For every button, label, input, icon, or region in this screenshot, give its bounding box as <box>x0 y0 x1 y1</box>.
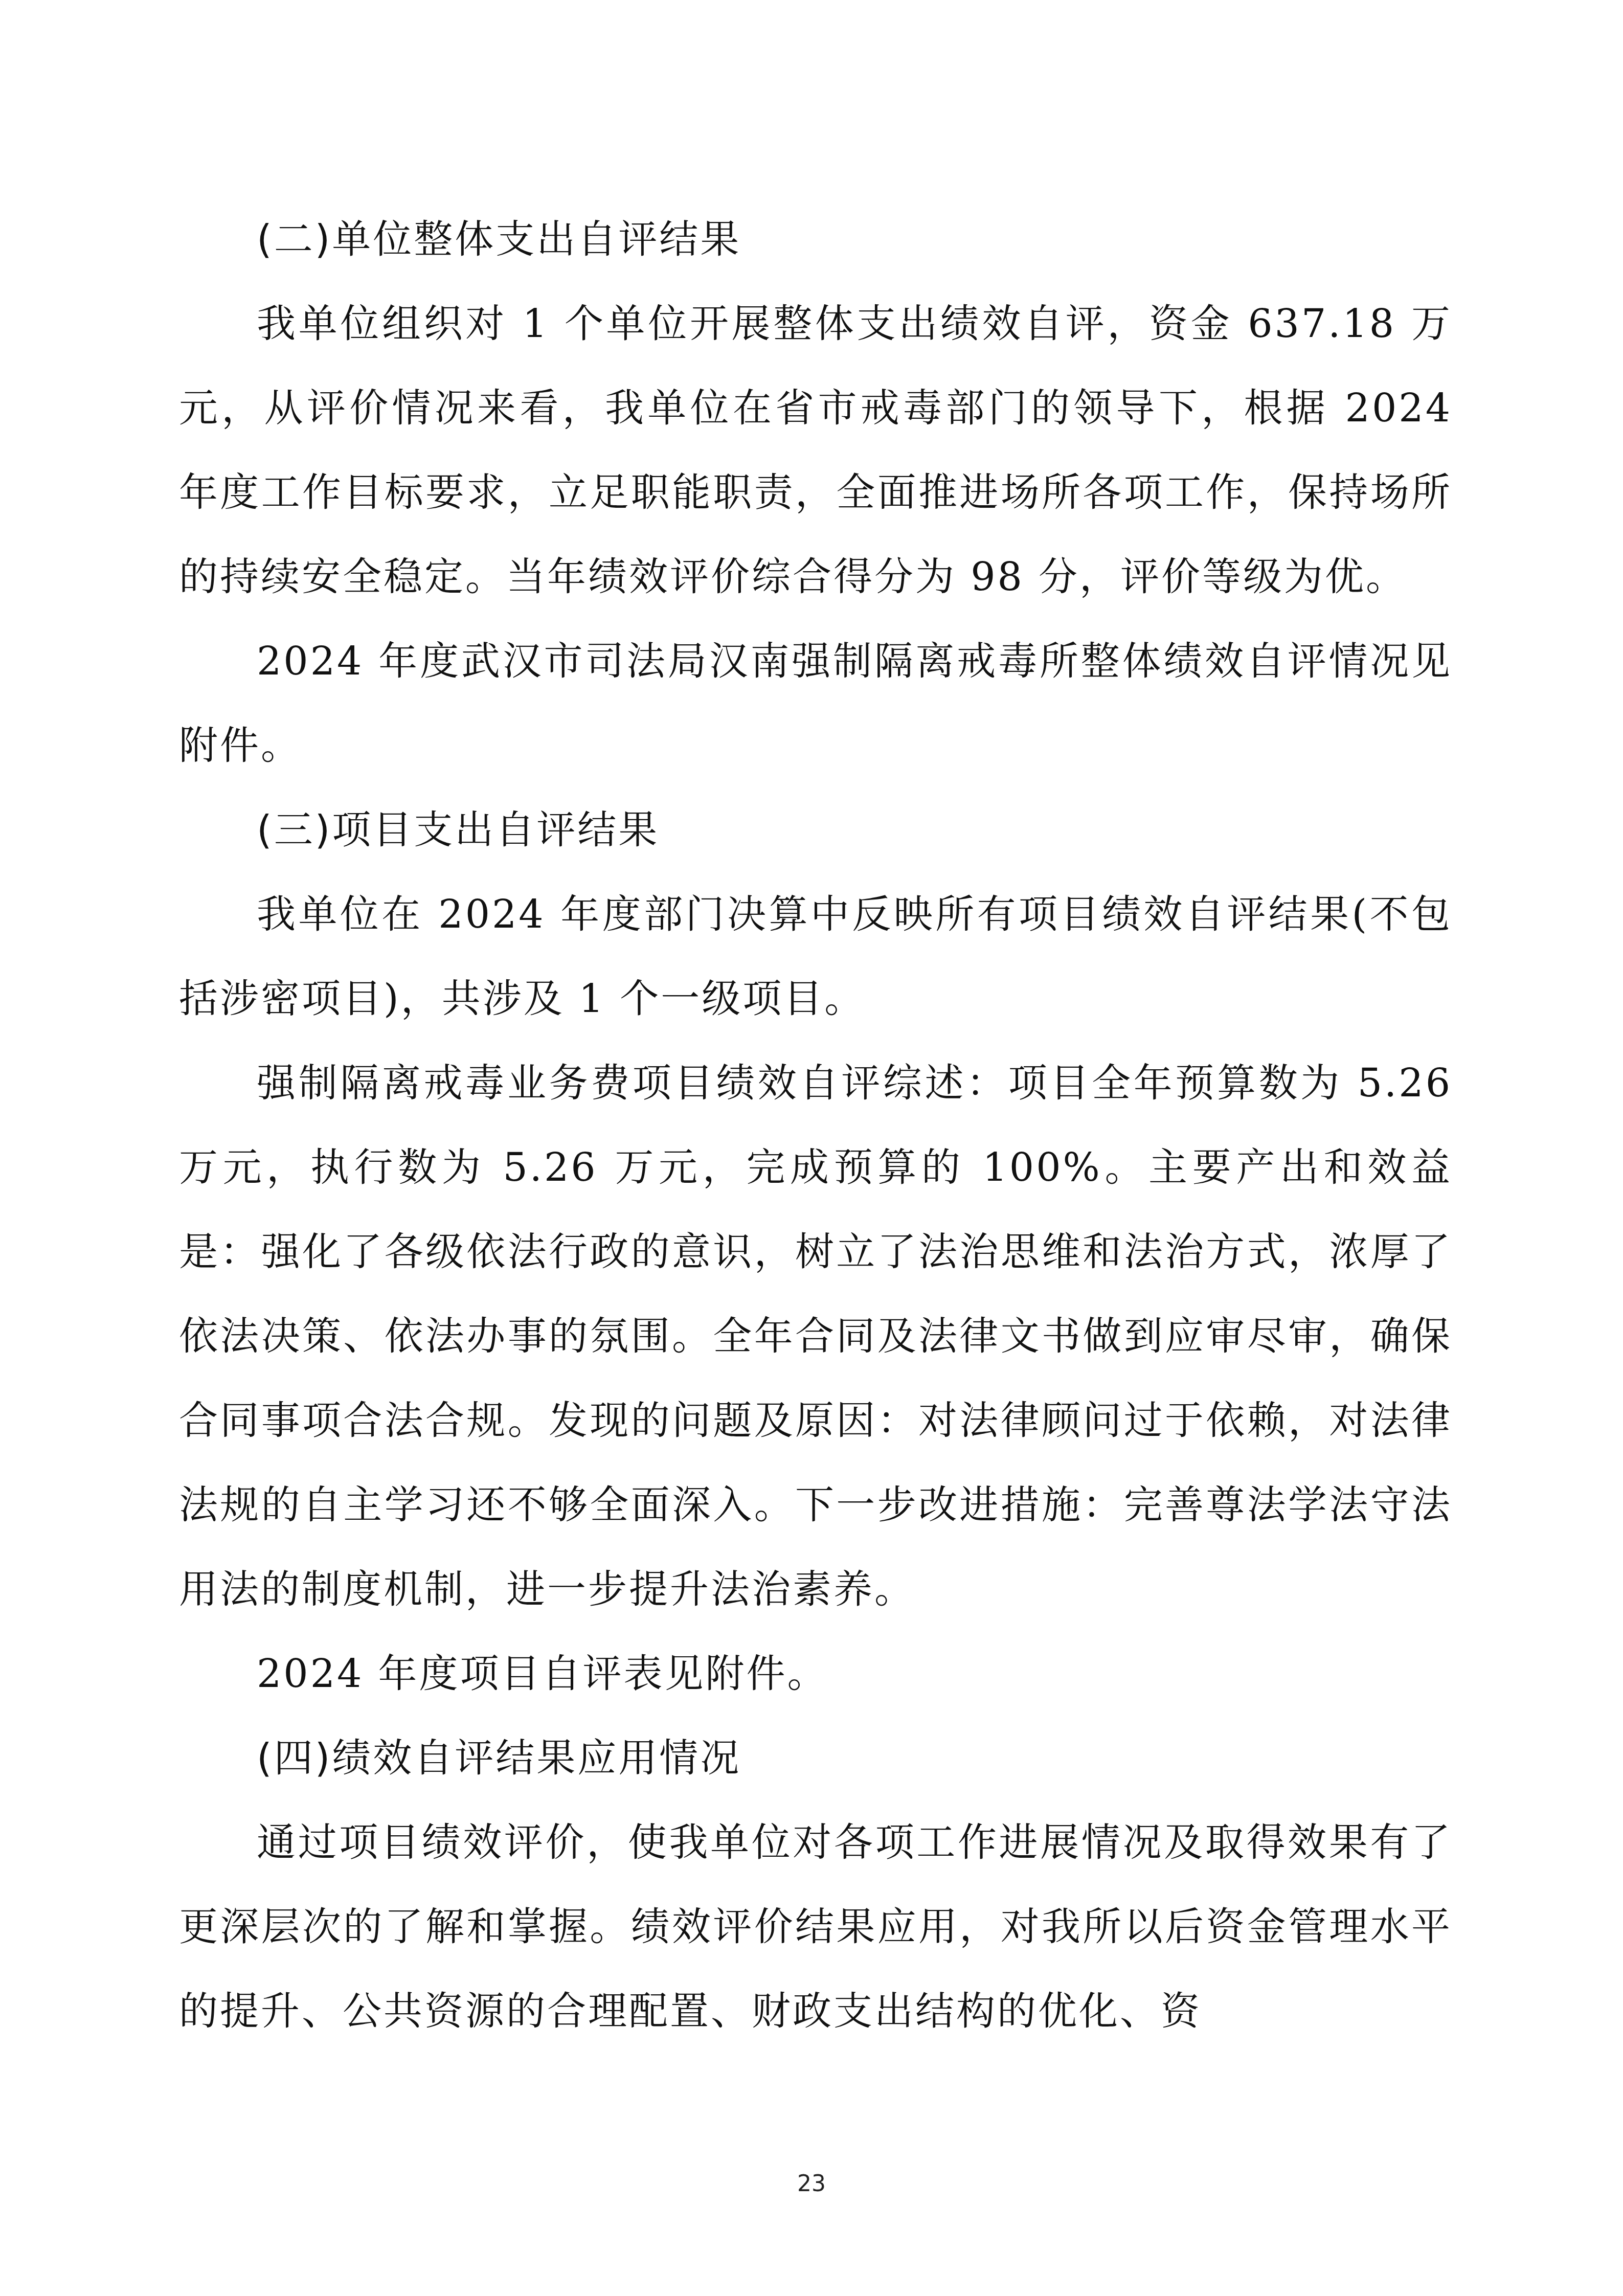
page-number: 23 <box>0 2171 1623 2197</box>
paragraph-project-summary: 强制隔离戒毒业务费项目绩效自评综述：项目全年预算数为 5.26 万元，执行数为 … <box>179 1041 1452 1631</box>
paragraph-unit-overall-attachment: 2024 年度武汉市司法局汉南强制隔离戒毒所整体绩效自评情况见附件。 <box>179 619 1452 787</box>
paragraph-unit-overall-summary: 我单位组织对 1 个单位开展整体支出绩效自评，资金 637.18 万元，从评价情… <box>179 281 1452 619</box>
paragraph-result-application: 通过项目绩效评价，使我单位对各项工作进展情况及取得效果有了更深层次的了解和掌握。… <box>179 1800 1452 2053</box>
section-heading-result-application: (四)绩效自评结果应用情况 <box>179 1716 1452 1800</box>
section-heading-project-expenditure: (三)项目支出自评结果 <box>179 787 1452 872</box>
paragraph-project-scope: 我单位在 2024 年度部门决算中反映所有项目绩效自评结果(不包括涉密项目)，共… <box>179 872 1452 1041</box>
document-page: (二)单位整体支出自评结果 我单位组织对 1 个单位开展整体支出绩效自评，资金 … <box>179 197 1452 2053</box>
section-heading-unit-overall: (二)单位整体支出自评结果 <box>179 197 1452 281</box>
paragraph-project-attachment: 2024 年度项目自评表见附件。 <box>179 1631 1452 1716</box>
